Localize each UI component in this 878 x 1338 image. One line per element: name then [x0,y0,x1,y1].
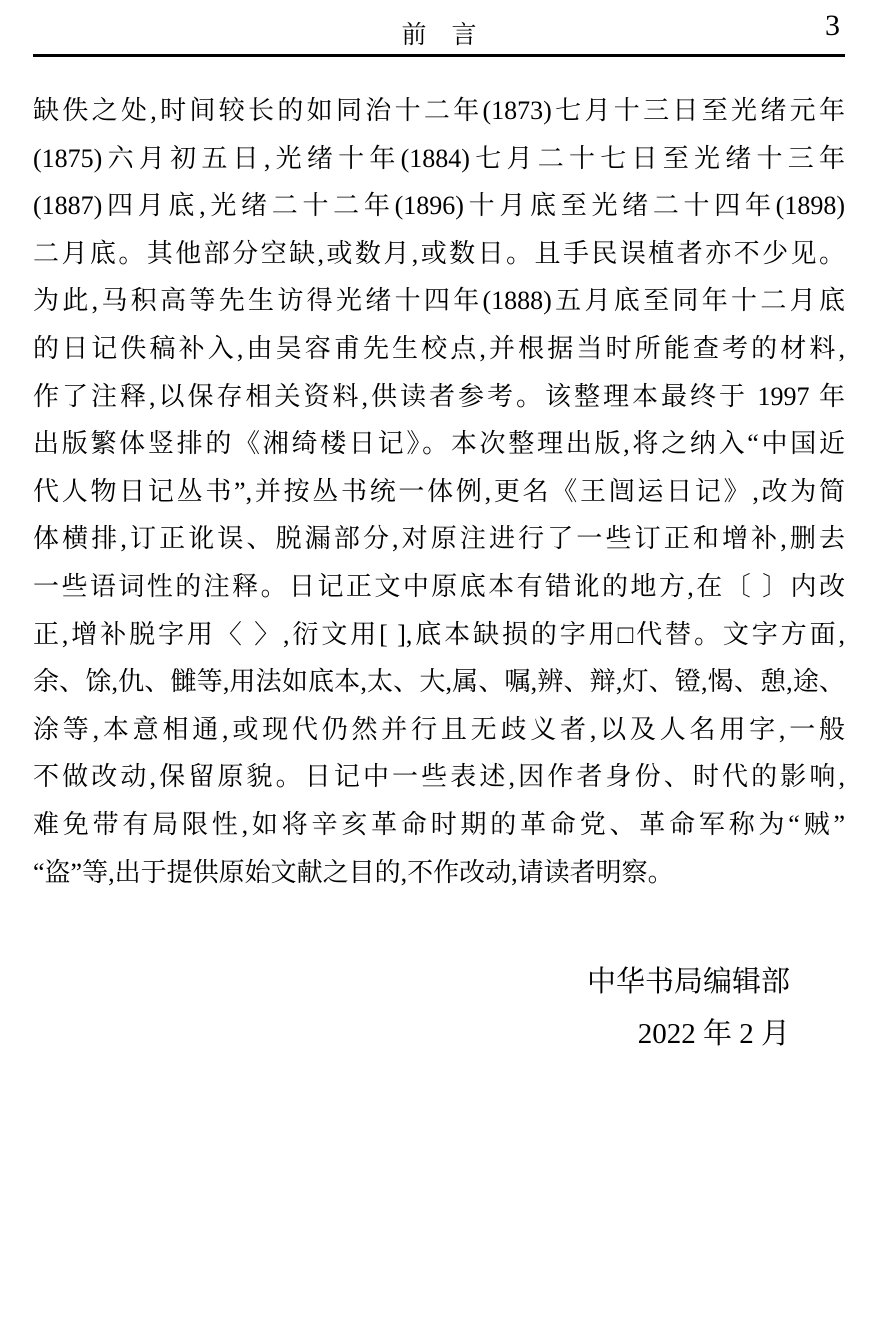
signature-date: 2022 年 2 月 [587,1008,790,1060]
body-line: 缺佚之处,时间较长的如同治十二年(1873)七月十三日至光绪元年 [33,87,845,135]
body-line: 余、馀,仇、雠等,用法如底本,太、大,属、嘱,辨、辩,灯、镫,愒、憩,途、 [33,658,845,706]
body-line: “盗”等,出于提供原始文献之目的,不作改动,请读者明察。 [33,849,845,897]
body-line: 二月底。其他部分空缺,或数月,或数日。且手民误植者亦不少见。 [33,230,845,278]
body-line: 代人物日记丛书”,并按丛书统一体例,更名《王闿运日记》,改为简 [33,468,845,516]
body-line: 正,增补脱字用〈 〉,衍文用[ ],底本缺损的字用□代替。文字方面, [33,611,845,659]
body-line: 为此,马积高等先生访得光绪十四年(1888)五月底至同年十二月底 [33,277,845,325]
body-line: 的日记佚稿补入,由吴容甫先生校点,并根据当时所能查考的材料, [33,325,845,373]
book-page: 前 言 3 缺佚之处,时间较长的如同治十二年(1873)七月十三日至光绪元年 (… [0,0,878,1338]
body-line: (1887)四月底,光绪二十二年(1896)十月底至光绪二十四年(1898) [33,182,845,230]
header-rule [33,54,845,57]
signature-block: 中华书局编辑部 2022 年 2 月 [587,956,790,1060]
body-line: 难免带有局限性,如将辛亥革命时期的革命党、革命军称为“贼” [33,801,845,849]
page-title: 前 言 [0,15,878,51]
body-line: 体横排,订正讹误、脱漏部分,对原注进行了一些订正和增补,删去 [33,515,845,563]
signature-name: 中华书局编辑部 [587,956,790,1008]
body-line: 涂等,本意相通,或现代仍然并行且无歧义者,以及人名用字,一般 [33,706,845,754]
body-line: (1875)六月初五日,光绪十年(1884)七月二十七日至光绪十三年 [33,135,845,183]
body-line: 作了注释,以保存相关资料,供读者参考。该整理本最终于 1997 年 [33,373,845,421]
preface-text-block: 缺佚之处,时间较长的如同治十二年(1873)七月十三日至光绪元年 (1875)六… [33,87,845,896]
body-line: 出版繁体竖排的《湘绮楼日记》。本次整理出版,将之纳入“中国近 [33,420,845,468]
body-line: 不做改动,保留原貌。日记中一些表述,因作者身份、时代的影响, [33,753,845,801]
page-number: 3 [825,9,840,43]
body-line: 一些语词性的注释。日记正文中原底本有错讹的地方,在〔 〕内改 [33,563,845,611]
